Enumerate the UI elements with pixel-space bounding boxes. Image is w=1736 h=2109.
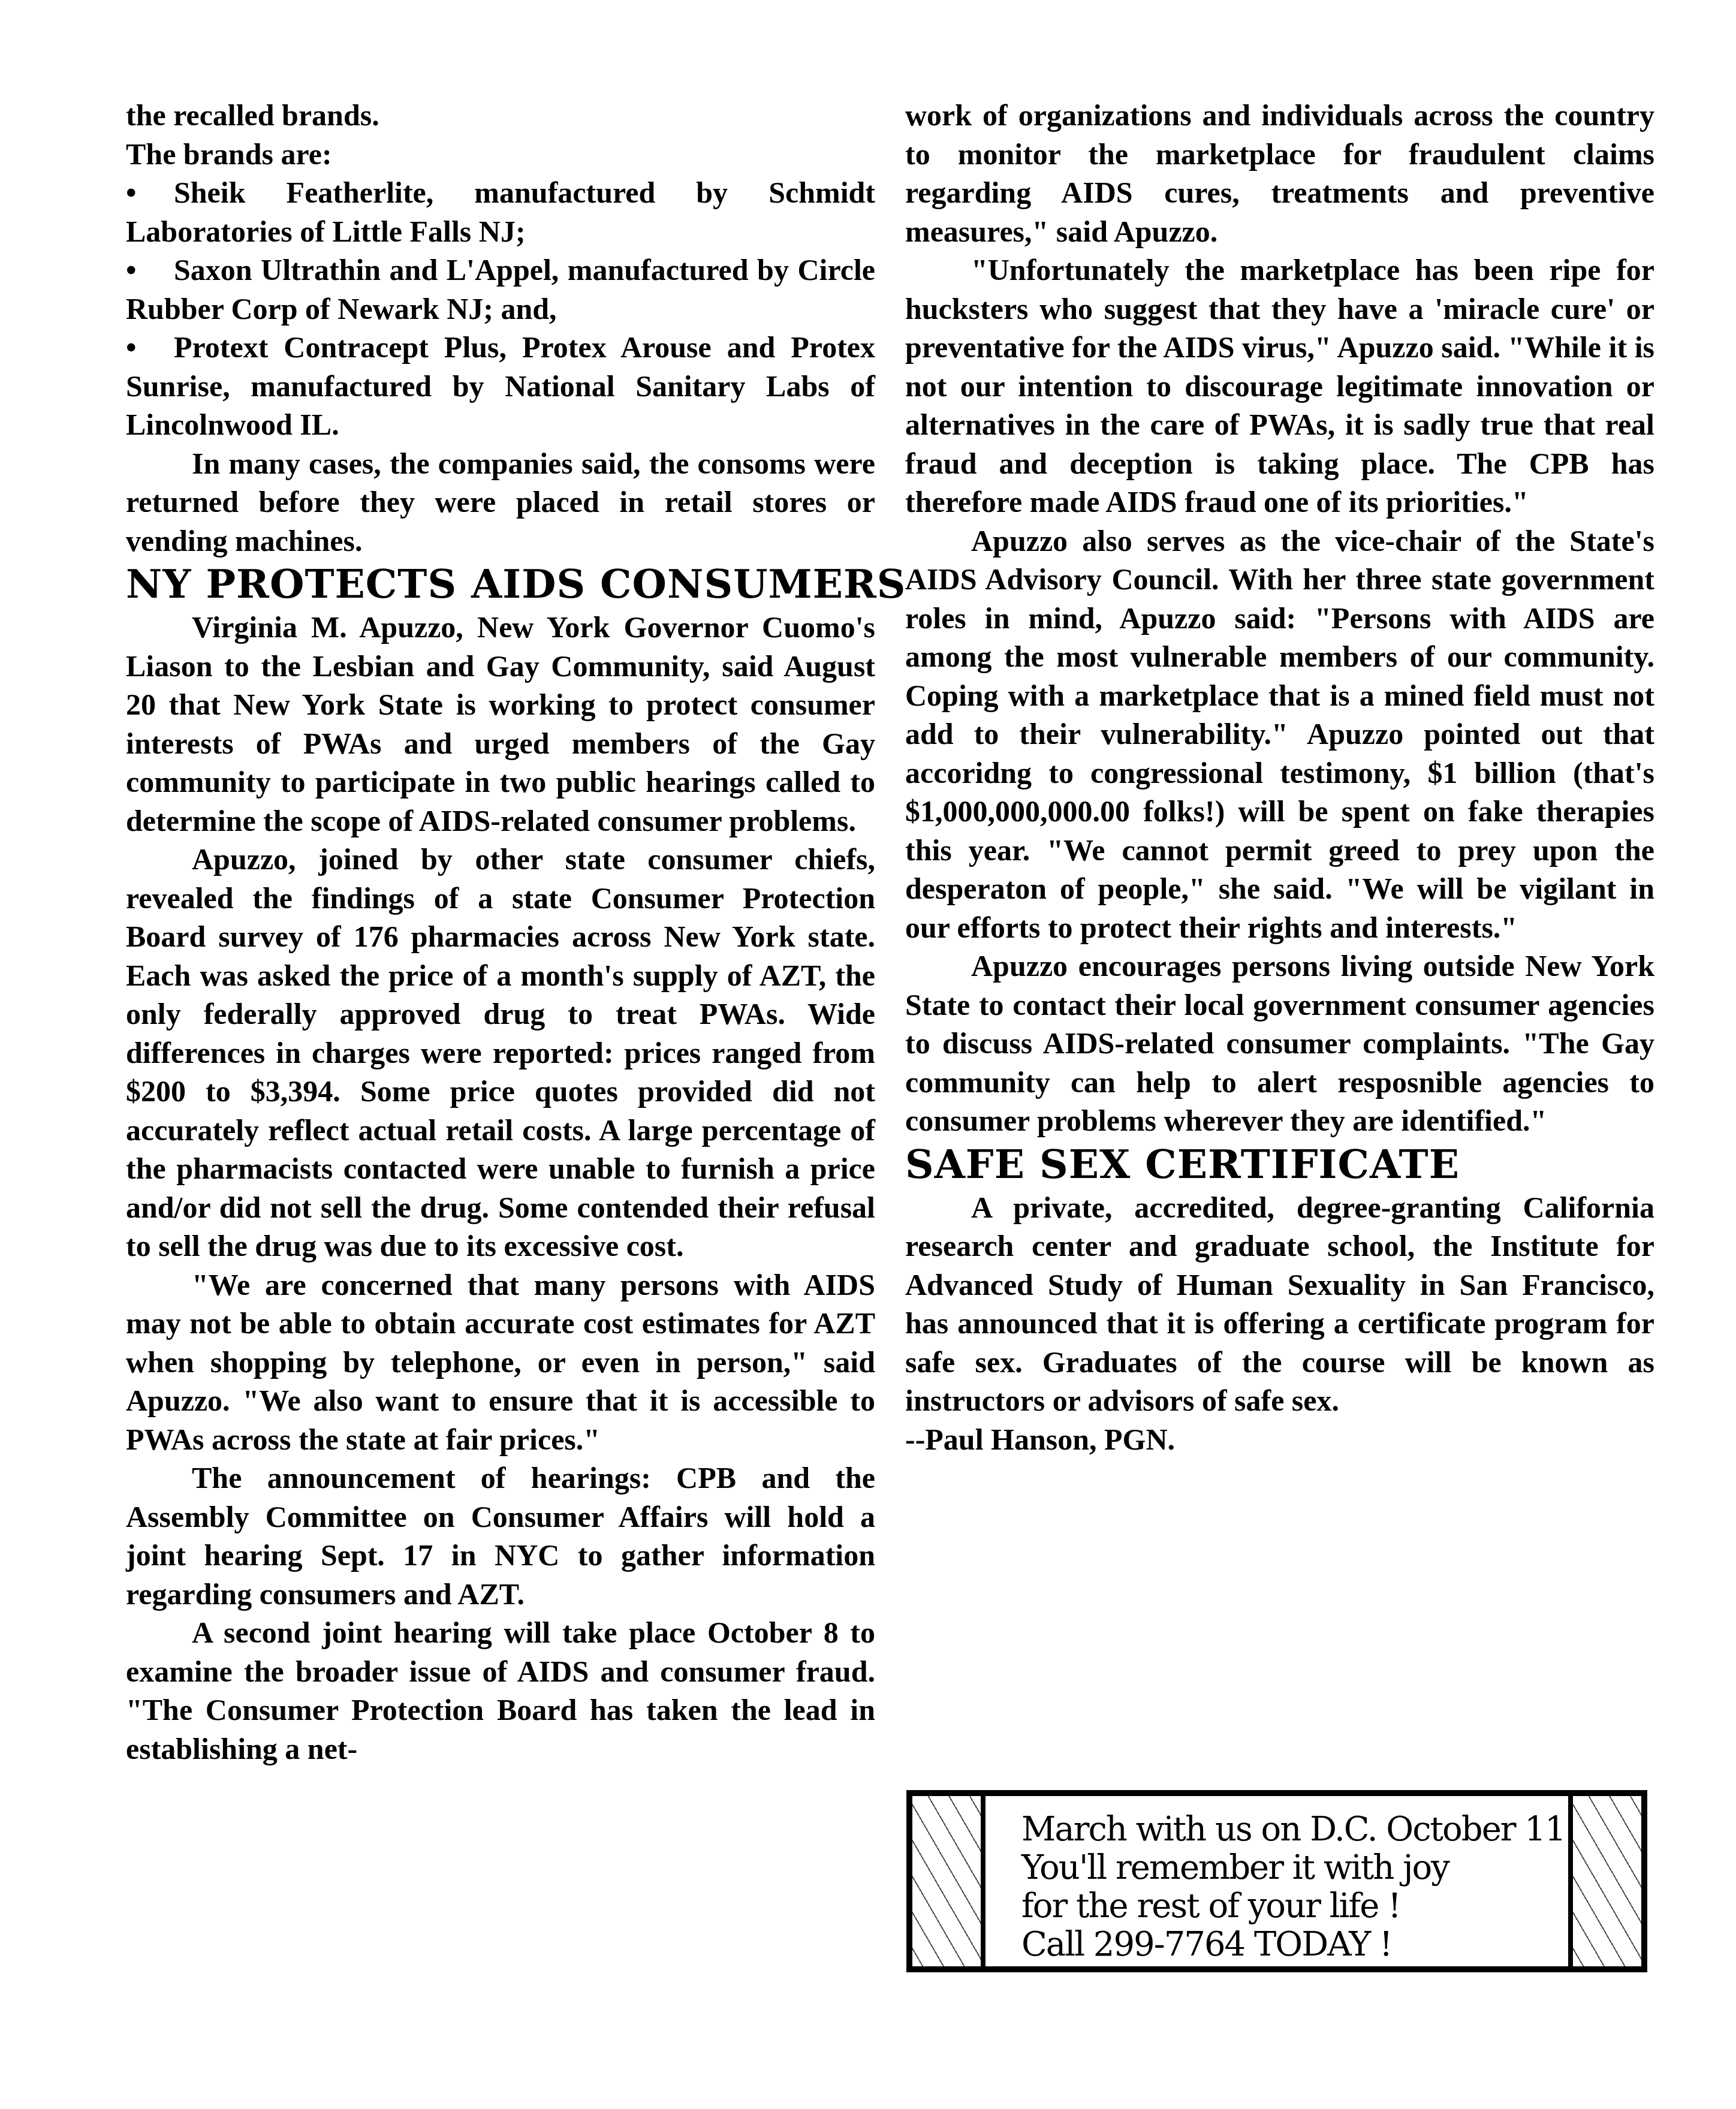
intro-line: the recalled brands.	[126, 96, 875, 135]
left-column: the recalled brands. The brands are: •Sh…	[126, 96, 875, 1768]
right-column: work of organizations and individuals ac…	[905, 96, 1654, 1459]
ad-line: March with us on D.C. October 11	[1021, 1810, 1568, 1849]
article2-paragraph: A private, accredited, degree-granting C…	[905, 1188, 1654, 1420]
recall-paragraph: In many cases, the companies said, the c…	[126, 444, 875, 561]
article-paragraph: Apuzzo encourages persons living outside…	[905, 947, 1654, 1140]
article-paragraph: Apuzzo also serves as the vice-chair of …	[905, 522, 1654, 947]
hatch-border-left	[912, 1796, 985, 1966]
article-paragraph: "Unfortunately the marketplace has been …	[905, 251, 1654, 522]
article2-headline: SAFE SEX CERTIFICATE	[905, 1140, 1654, 1188]
brand-bullet: •Sheik Featherlite, manufactured by Schm…	[126, 173, 875, 251]
brands-heading: The brands are:	[126, 135, 875, 174]
brand-bullet: •Protext Contracept Plus, Protex Arouse …	[126, 328, 875, 444]
ad-line: You'll remember it with joy	[1021, 1849, 1568, 1887]
bullet-icon: •	[126, 173, 174, 212]
article-paragraph: Virginia M. Apuzzo, New York Governor Cu…	[126, 608, 875, 840]
brand-bullet: •Saxon Ultrathin and L'Appel, manufactur…	[126, 251, 875, 328]
ad-line: Call 299-7764 TODAY !	[1021, 1926, 1568, 1964]
bullet-icon: •	[126, 328, 174, 367]
article-paragraph: The announcement of hearings: CPB and th…	[126, 1459, 875, 1613]
march-advertisement: March with us on D.C. October 11 You'll …	[906, 1790, 1647, 1972]
hatch-border-right	[1568, 1796, 1641, 1966]
article-headline: NY PROTECTS AIDS CONSUMERS	[126, 560, 875, 608]
article-paragraph: A second joint hearing will take place O…	[126, 1613, 875, 1768]
article-paragraph: Apuzzo, joined by other state consumer c…	[126, 840, 875, 1266]
byline: --Paul Hanson, PGN.	[905, 1420, 1654, 1459]
ad-text: March with us on D.C. October 11 You'll …	[985, 1796, 1568, 1966]
ad-line: for the rest of your life !	[1021, 1887, 1568, 1926]
bullet-icon: •	[126, 251, 174, 290]
continuation-paragraph: work of organizations and individuals ac…	[905, 96, 1654, 251]
article-paragraph: "We are concerned that many persons with…	[126, 1266, 875, 1459]
